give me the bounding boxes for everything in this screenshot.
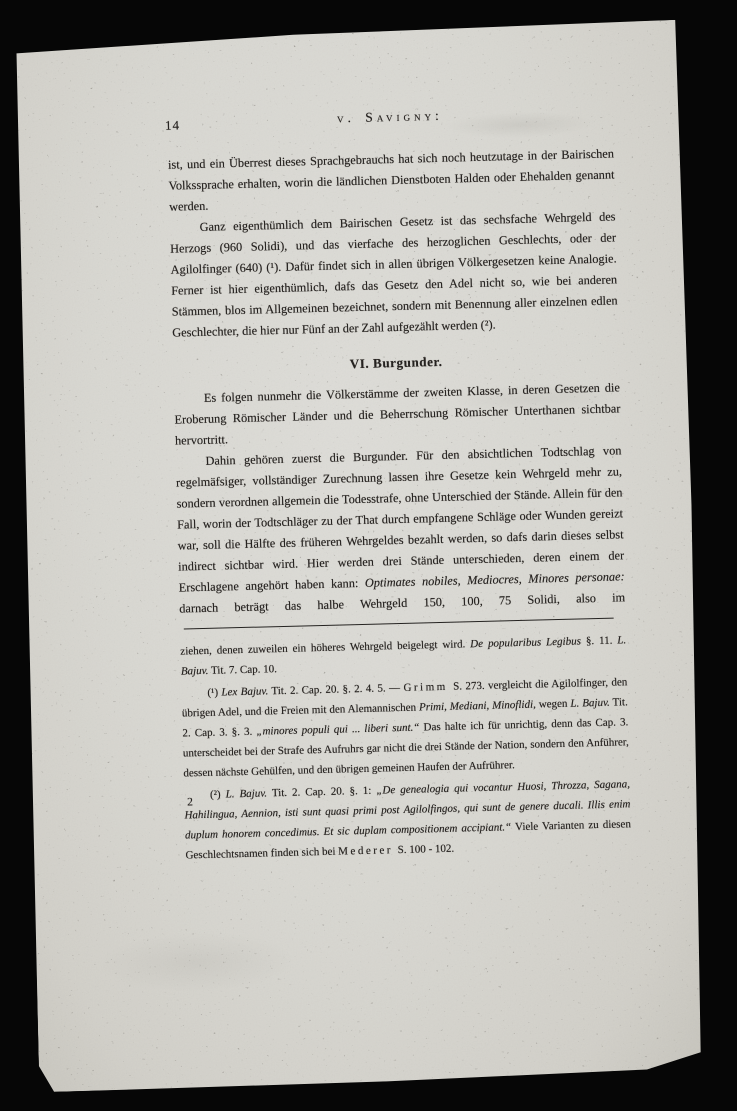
running-title: v. Savigny: [167,103,613,130]
italic-text: De popularibus Legibus [470,635,581,650]
spaced-name: Mederer [338,844,393,857]
paragraph: Dahin gehören zuerst die Burgunder. Für … [175,440,625,619]
bleedthrough-smudge [96,930,297,995]
italic-text: Optimates nobiles, Mediocres, Minores pe… [365,569,625,590]
body-text: wegen [536,698,571,711]
body-text: Tit. 2. Cap. 20. §. 2. 4. 5. — [268,682,404,697]
paragraph: Ganz eigenthümlich dem Bairischen Gesetz… [169,206,618,343]
body-text: darnach beträgt das halbe Wehrgeld 150, … [179,590,625,615]
paragraph: Es folgen nunmehr die Völkerstämme der z… [174,377,621,451]
sheet-signature: 2 [161,792,193,813]
footnote-separator [184,618,614,630]
body-text: Es folgen nunmehr die Völkerstämme der z… [174,380,620,447]
text-block: 14 v. Savigny: ist, und ein Überrest die… [167,103,632,865]
body-text: S. 100 - 102. [395,843,455,856]
footnote: 2(²) L. Bajuv. Tit. 2. Cap. 20. §. 1: „D… [184,774,632,865]
page-header: 14 v. Savigny: [167,103,613,132]
italic-text: L. Bajuv. [225,787,267,800]
section-heading: VI. Burgunder. [173,346,619,378]
footnote: (¹) Lex Bajuv. Tit. 2. Cap. 20. §. 2. 4.… [181,672,629,783]
italic-text: „minores populi qui ... liberi sunt.“ [256,722,419,738]
main-text: ist, und ein Überrest dieses Sprachgebra… [168,143,626,619]
body-text: §. 11. [581,635,618,648]
page-number: 14 [165,117,180,133]
body-text: ist, und ein Überrest dieses Sprachgebra… [168,146,615,213]
spaced-name: Grimm [403,681,448,694]
italic-text: L. Bajuv. [570,697,610,710]
scan-background: { "page": { "page_number": "14", "runnin… [0,0,737,1111]
italic-text: Primi, Mediani, Minoflidi, [419,699,536,714]
body-text: Tit. 7. Cap. 10. [208,663,277,677]
scanned-page: 14 v. Savigny: ist, und ein Überrest die… [13,20,708,1093]
footnotes: ziehen, denen zuweilen ein höheres Wehrg… [180,630,632,865]
body-text: Ganz eigenthümlich dem Bairischen Gesetz… [170,209,618,339]
italic-text: Lex Bajuv. [221,685,268,698]
paragraph: ist, und ein Überrest dieses Sprachgebra… [168,143,615,217]
body-text: Tit. 2. Cap. 20. §. 1: [267,785,377,800]
body-text: ziehen, denen zuweilen ein höheres Wehrg… [180,638,470,657]
body-text: (²) [210,788,226,800]
body-text: (¹) [207,687,221,699]
